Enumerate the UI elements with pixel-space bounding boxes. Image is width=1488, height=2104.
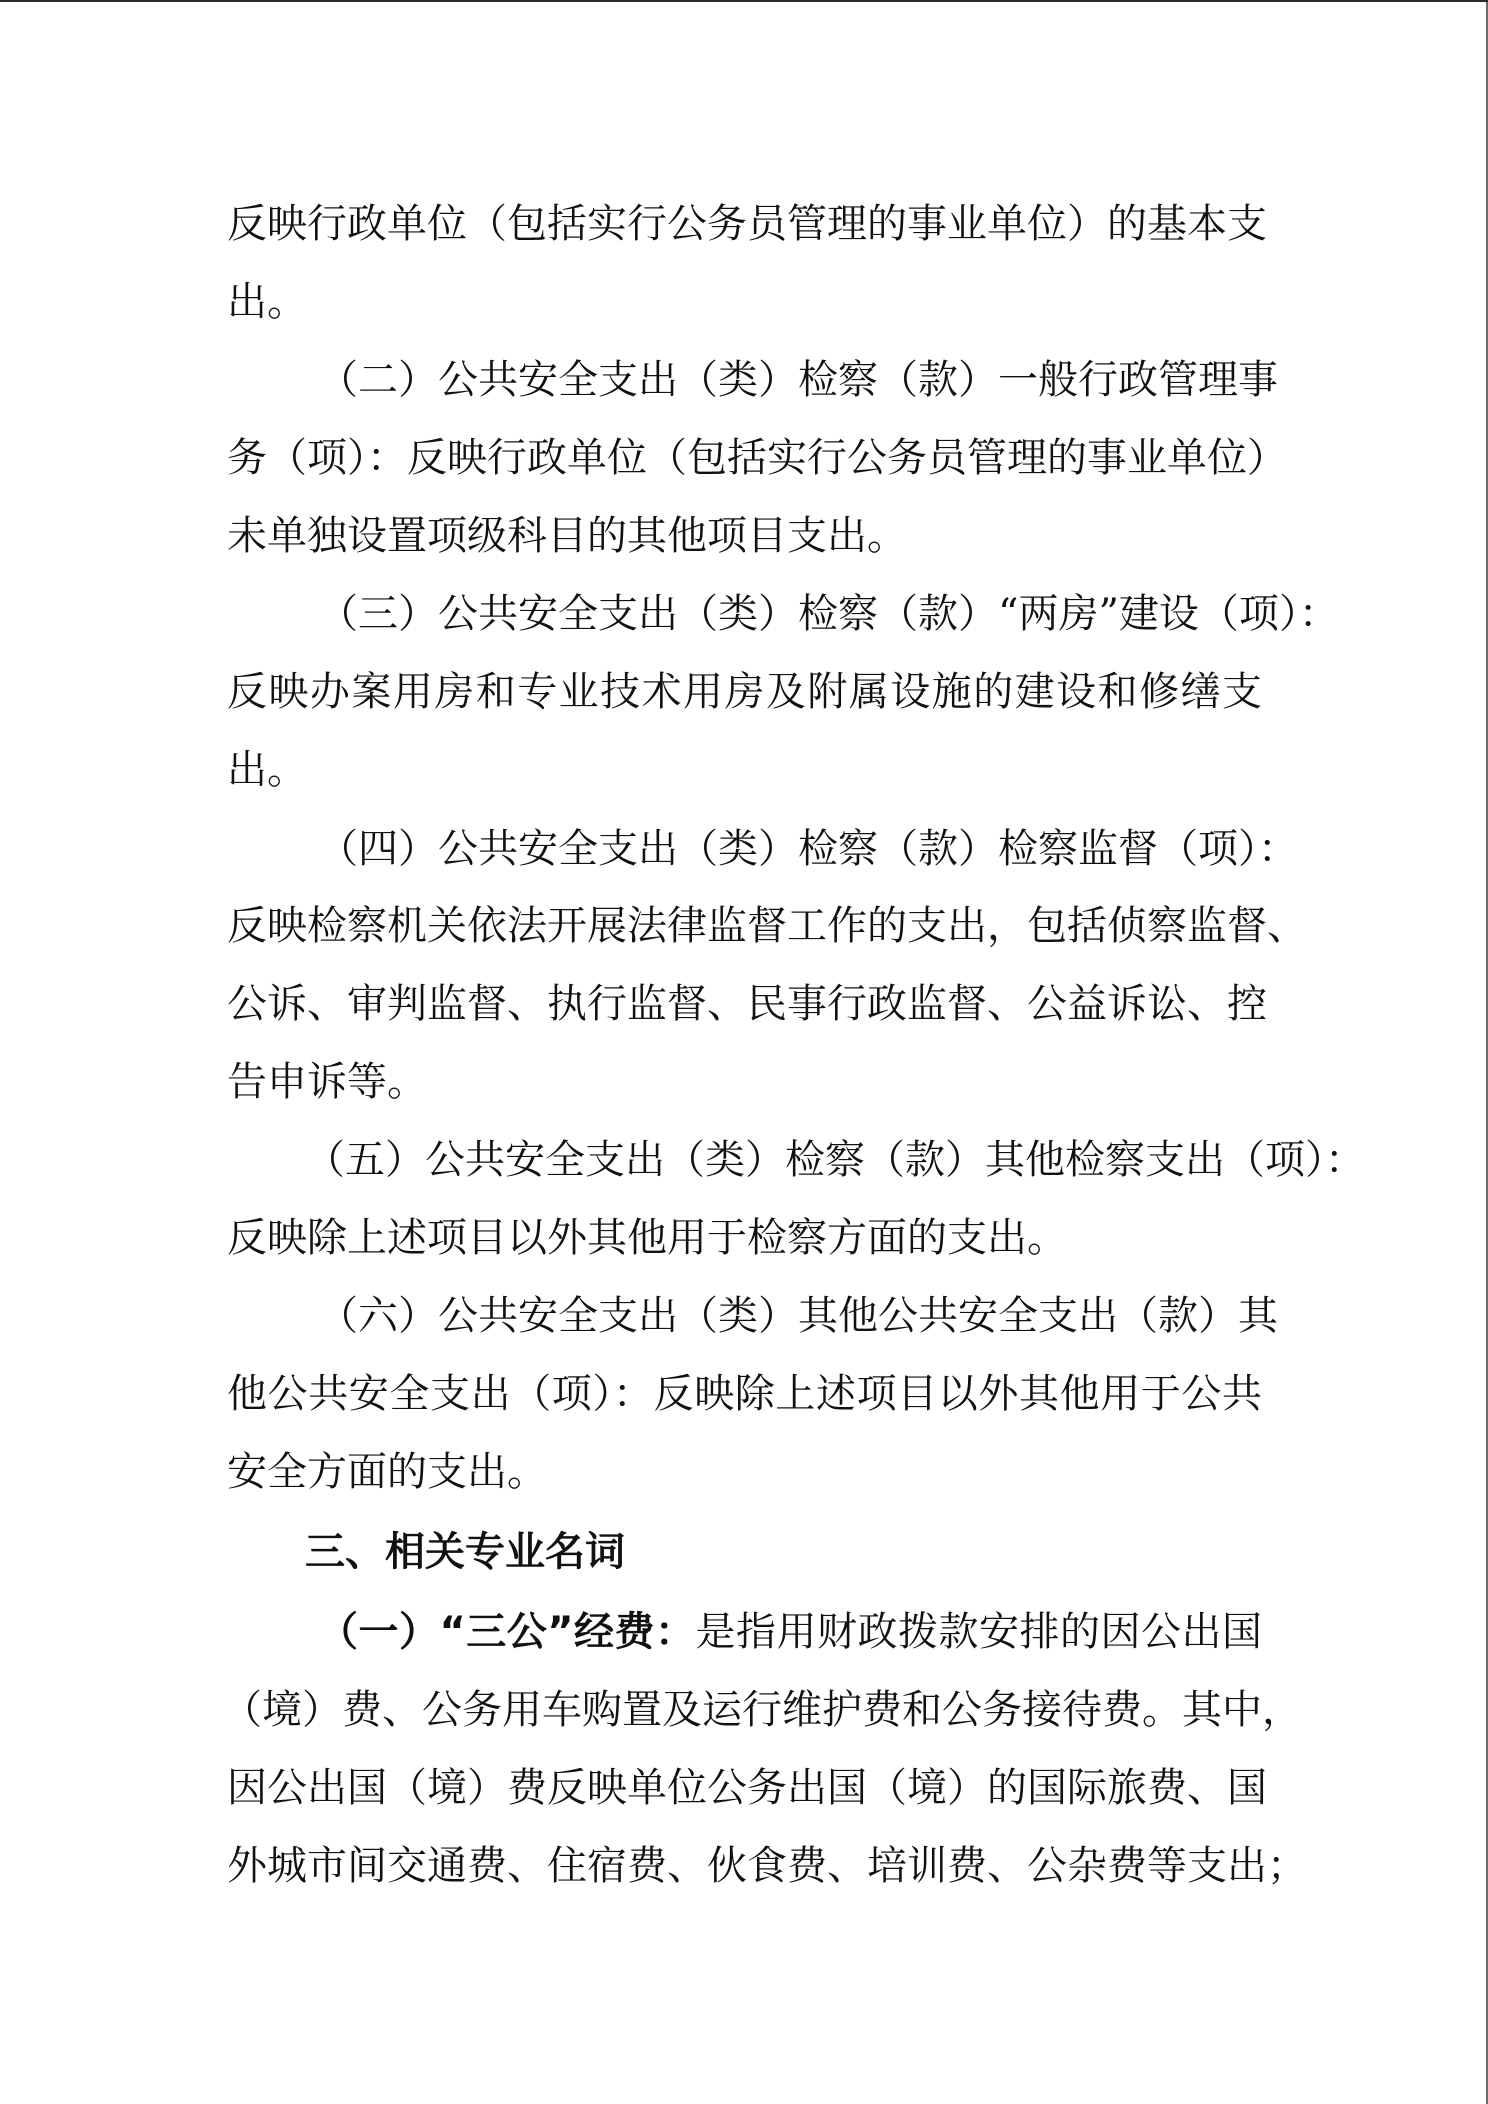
paragraph-line: （二）公共安全支出（类）检察（款）一般行政管理事 xyxy=(318,356,1262,404)
term-label: （一）“三公”经费： xyxy=(318,1609,696,1655)
paragraph-line: （三）公共安全支出（类）检察（款）“两房”建设（项）： xyxy=(318,590,1264,638)
paragraph-line: 务（项）：反映行政单位（包括实行公务员管理的事业单位） xyxy=(227,434,1267,482)
paragraph-line: 反映除上述项目以外其他用于检察方面的支出。 xyxy=(227,1214,1262,1262)
paragraph-line: 因公出国（境）费反映单位公务出国（境）的国际旅费、国 xyxy=(227,1764,1262,1812)
paragraph-line: 反映行政单位（包括实行公务员管理的事业单位）的基本支 xyxy=(227,200,1262,248)
paragraph-line: （五）公共安全支出（类）检察（款）其他检察支出（项）： xyxy=(305,1136,1265,1184)
paragraph-line: 告申诉等。 xyxy=(227,1058,1262,1106)
paragraph-line: 公诉、审判监督、执行监督、民事行政监督、公益诉讼、控 xyxy=(227,980,1262,1028)
paragraph-line: （境）费、公务用车购置及运行维护费和公务接待费。其中， xyxy=(222,1686,1267,1734)
paragraph-line: 未单独设置项级科目的其他项目支出。 xyxy=(227,512,1262,560)
paragraph-line: 安全方面的支出。 xyxy=(227,1448,1262,1496)
term-definition-line: （一）“三公”经费：是指用财政拨款安排的因公出国 xyxy=(318,1608,1262,1656)
paragraph-line: 他公共安全支出（项）：反映除上述项目以外其他用于公共 xyxy=(227,1370,1262,1418)
term-text: 是指用财政拨款安排的因公出国 xyxy=(696,1609,1262,1655)
paragraph-line: （六）公共安全支出（类）其他公共安全支出（款）其 xyxy=(318,1292,1262,1340)
paragraph-line: 出。 xyxy=(227,746,1262,794)
document-page: 反映行政单位（包括实行公务员管理的事业单位）的基本支 出。 （二）公共安全支出（… xyxy=(0,0,1488,2104)
paragraph-line: 出。 xyxy=(227,278,1262,326)
paragraph-line: 反映检察机关依法开展法律监督工作的支出，包括侦察监督、 xyxy=(227,902,1282,950)
paragraph-line: 外城市间交通费、住宿费、伙食费、培训费、公杂费等支出； xyxy=(227,1842,1267,1890)
paragraph-line: 反映办案用房和专业技术用房及附属设施的建设和修缮支 xyxy=(227,668,1262,716)
section-heading: 三、相关专业名词 xyxy=(305,1528,705,1576)
paragraph-line: （四）公共安全支出（类）检察（款）检察监督（项）： xyxy=(318,825,1264,873)
